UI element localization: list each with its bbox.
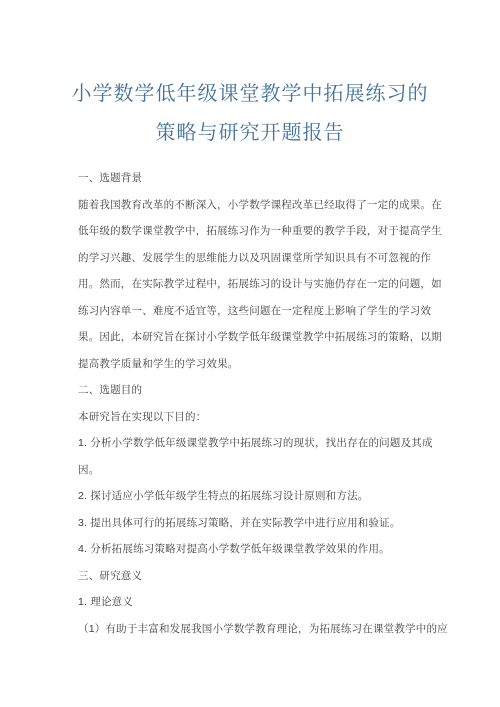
section-heading-purpose: 二、选题目的: [78, 377, 460, 404]
paragraph-background-line-6: 果。因此，本研究旨在探讨小学数学低年级课堂教学中拓展练习的策略，以期: [78, 324, 460, 351]
document-title-line-2: 策略与研究开题报告: [0, 114, 500, 153]
document-title-line-1: 小学数学低年级课堂教学中拓展练习的: [0, 75, 500, 114]
paragraph-background-line-4: 用。然而，在实际教学过程中，拓展练习的设计与实施仍存在一定的问题，如: [78, 271, 460, 298]
list-item-4: 4. 分析拓展练习策略对提高小学数学低年级课堂教学效果的作用。: [78, 536, 460, 563]
document-title: 小学数学低年级课堂教学中拓展练习的 策略与研究开题报告: [0, 75, 500, 153]
paragraph-background-line-3: 的学习兴趣、发展学生的思维能力以及巩固课堂所学知识具有不可忽视的作: [78, 245, 460, 272]
list-item-3: 3. 提出具体可行的拓展练习策略，并在实际教学中进行应用和验证。: [78, 510, 460, 537]
document-body: 一、选题背景 随着我国教育改革的不断深入，小学数学课程改革已经取得了一定的成果。…: [0, 165, 500, 642]
list-item-1-line-1: 1. 分析小学数学低年级课堂教学中拓展练习的现状，找出存在的问题及其成: [78, 430, 460, 457]
paragraph-purpose-intro: 本研究旨在实现以下目的：: [78, 404, 460, 431]
paragraph-background-line-7: 提高教学质量和学生的学习效果。: [78, 351, 460, 378]
sub-heading-theoretical: 1. 理论意义: [78, 589, 460, 616]
document-page: 小学数学低年级课堂教学中拓展练习的 策略与研究开题报告 一、选题背景 随着我国教…: [0, 0, 500, 707]
section-heading-significance: 三、研究意义: [78, 563, 460, 590]
paragraph-theoretical-line-1: （1）有助于丰富和发展我国小学数学教育理论，为拓展练习在课堂教学中的应: [78, 616, 460, 643]
section-heading-background: 一、选题背景: [78, 165, 460, 192]
paragraph-background-line-5: 练习内容单一、难度不适宜等，这些问题在一定程度上影响了学生的学习效: [78, 298, 460, 325]
paragraph-background-line-2: 低年级的数学课堂教学中，拓展练习作为一种重要的教学手段，对于提高学生: [78, 218, 460, 245]
list-item-2: 2. 探讨适应小学低年级学生特点的拓展练习设计原则和方法。: [78, 483, 460, 510]
paragraph-background-line-1: 随着我国教育改革的不断深入，小学数学课程改革已经取得了一定的成果。在: [78, 192, 460, 219]
list-item-1-line-2: 因。: [78, 457, 460, 484]
